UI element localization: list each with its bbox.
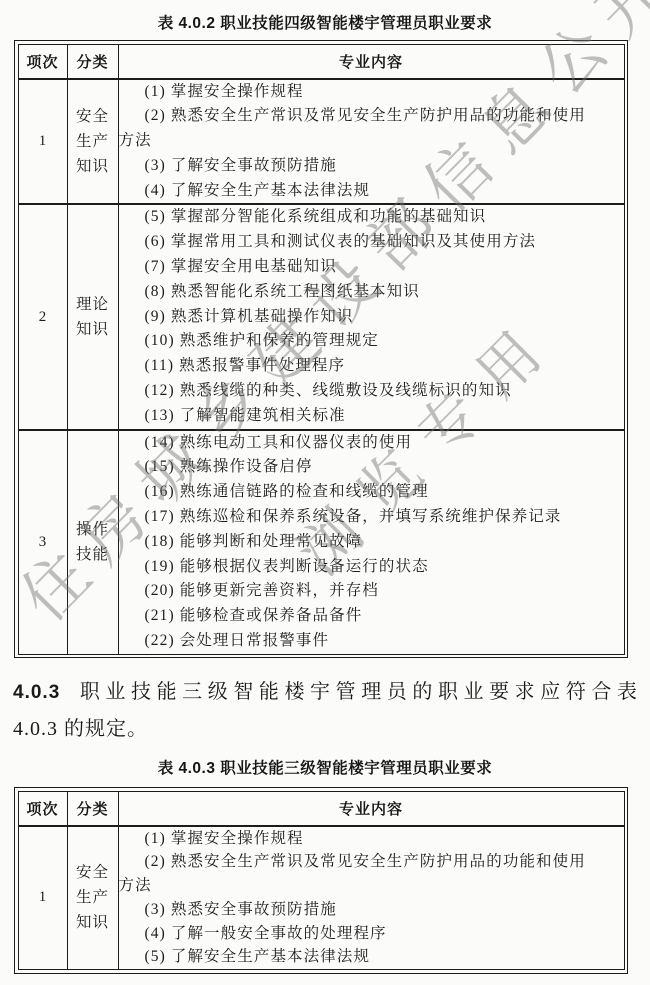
clause-text-line-1: 职业技能三级智能楼宇管理员的职业要求应符合表 xyxy=(74,681,637,703)
clause-403-line-1: 4.0.3职业技能三级智能楼宇管理员的职业要求应符合表 xyxy=(13,674,637,711)
category-line: 知识 xyxy=(68,910,118,935)
category-line: 技能 xyxy=(68,542,118,567)
content-cell: (14) 熟练电动工具和仪器仪表的使用(15) 熟练操作设备启停(16) 熟练通… xyxy=(118,430,624,655)
table-row: 1安全生产知识(1) 掌握安全操作规程(2) 熟悉安全生产常识及常见安全生产防护… xyxy=(18,826,624,970)
content-line: (2) 熟悉安全生产常识及常见安全生产防护用品的功能和使用 xyxy=(119,104,624,129)
content-line: 方法 xyxy=(119,129,624,154)
item-no-cell: 3 xyxy=(18,430,67,655)
content-line: (8) 熟悉智能化系统工程图纸基本知识 xyxy=(119,280,624,305)
content-line: (1) 掌握安全操作规程 xyxy=(119,827,624,851)
content-line: (17) 熟练巡检和保养系统设备，并填写系统维护保养记录 xyxy=(119,505,624,530)
category-line: 操作 xyxy=(68,517,118,542)
content-line: (9) 熟悉计算机基础操作知识 xyxy=(119,305,624,330)
document-page: 住房城乡建设部信息公开 浏览专用 表 4.0.2 职业技能四级智能楼宇管理员职业… xyxy=(0,0,650,985)
column-header-item-no: 项次 xyxy=(18,44,67,79)
content-line: (3) 熟悉安全事故预防措施 xyxy=(119,898,624,922)
content-line: (4) 了解一般安全事故的处理程序 xyxy=(119,922,624,946)
item-no-cell: 1 xyxy=(18,79,67,205)
content-line: (21) 能够检查或保养备品备件 xyxy=(119,604,624,629)
content-line: (5) 掌握部分智能化系统组成和功能的基础知识 xyxy=(119,205,624,230)
content-line: (20) 能够更新完善资料，并存档 xyxy=(119,579,624,604)
category-line: 知识 xyxy=(68,154,118,179)
table-402-title: 表 4.0.2 职业技能四级智能楼宇管理员职业要求 xyxy=(0,11,650,33)
content-line: (15) 熟练操作设备启停 xyxy=(119,455,624,480)
content-line: (2) 熟悉安全生产常识及常见安全生产防护用品的功能和使用 xyxy=(119,850,624,874)
content-line: (1) 掌握安全操作规程 xyxy=(119,80,624,105)
category-line: 生产 xyxy=(68,129,118,154)
clause-403-line-2: 4.0.3 的规定。 xyxy=(13,711,637,748)
content-cell: (5) 掌握部分智能化系统组成和功能的基础知识(6) 掌握常用工具和测试仪表的基… xyxy=(118,204,624,429)
category-line: 生产 xyxy=(68,885,118,910)
content-cell: (1) 掌握安全操作规程(2) 熟悉安全生产常识及常见安全生产防护用品的功能和使… xyxy=(118,79,624,205)
item-no-cell: 1 xyxy=(18,826,67,970)
column-header-content: 专业内容 xyxy=(118,791,624,826)
content-line: (5) 了解安全生产基本法律法规 xyxy=(119,945,624,969)
category-cell: 安全生产知识 xyxy=(67,79,118,205)
table-row: 1安全生产知识(1) 掌握安全操作规程(2) 熟悉安全生产常识及常见安全生产防护… xyxy=(18,79,624,205)
category-line: 理论 xyxy=(68,292,118,317)
content-line: (12) 熟悉线缆的种类、线缆敷设及线缆标识的知识 xyxy=(119,379,624,404)
table-403-title: 表 4.0.3 职业技能三级智能楼宇管理员职业要求 xyxy=(0,756,650,778)
content-line: (16) 熟练通信链路的检查和线缆的管理 xyxy=(119,480,624,505)
content-line: (3) 了解安全事故预防措施 xyxy=(119,154,624,179)
content-line: (10) 熟悉维护和保养的管理规定 xyxy=(119,329,624,354)
table-row: 3操作技能(14) 熟练电动工具和仪器仪表的使用(15) 熟练操作设备启停(16… xyxy=(18,430,624,655)
content-line: (18) 能够判断和处理常见故障 xyxy=(119,530,624,555)
content-line: (7) 掌握安全用电基础知识 xyxy=(119,255,624,280)
content-line: (4) 了解安全生产基本法律法规 xyxy=(119,179,624,204)
item-no-cell: 2 xyxy=(18,204,67,429)
clause-number: 4.0.3 xyxy=(13,682,60,703)
content-line: (11) 熟悉报警事件处理程序 xyxy=(119,354,624,379)
table-402: 项次分类专业内容1安全生产知识(1) 掌握安全操作规程(2) 熟悉安全生产常识及… xyxy=(14,40,628,658)
content-line: (19) 能够根据仪表判断设备运行的状态 xyxy=(119,555,624,580)
content-cell: (1) 掌握安全操作规程(2) 熟悉安全生产常识及常见安全生产防护用品的功能和使… xyxy=(118,826,624,970)
column-header-content: 专业内容 xyxy=(118,44,624,79)
category-line: 安全 xyxy=(68,860,118,885)
category-line: 安全 xyxy=(68,104,118,129)
category-cell: 理论知识 xyxy=(67,204,118,429)
content-line: 方法 xyxy=(119,874,624,898)
content-line: (14) 熟练电动工具和仪器仪表的使用 xyxy=(119,431,624,456)
category-line: 知识 xyxy=(68,317,118,342)
clause-403: 4.0.3职业技能三级智能楼宇管理员的职业要求应符合表 4.0.3 的规定。 xyxy=(13,674,637,748)
column-header-category: 分类 xyxy=(67,44,118,79)
category-cell: 操作技能 xyxy=(67,430,118,655)
content-line: (13) 了解智能建筑相关标准 xyxy=(119,404,624,429)
column-header-category: 分类 xyxy=(67,791,118,826)
content-line: (22) 会处理日常报警事件 xyxy=(119,629,624,654)
table-row: 2理论知识(5) 掌握部分智能化系统组成和功能的基础知识(6) 掌握常用工具和测… xyxy=(18,204,624,429)
content-line: (6) 掌握常用工具和测试仪表的基础知识及其使用方法 xyxy=(119,230,624,255)
category-cell: 安全生产知识 xyxy=(67,826,118,970)
column-header-item-no: 项次 xyxy=(18,791,67,826)
table-403: 项次分类专业内容1安全生产知识(1) 掌握安全操作规程(2) 熟悉安全生产常识及… xyxy=(14,787,628,974)
